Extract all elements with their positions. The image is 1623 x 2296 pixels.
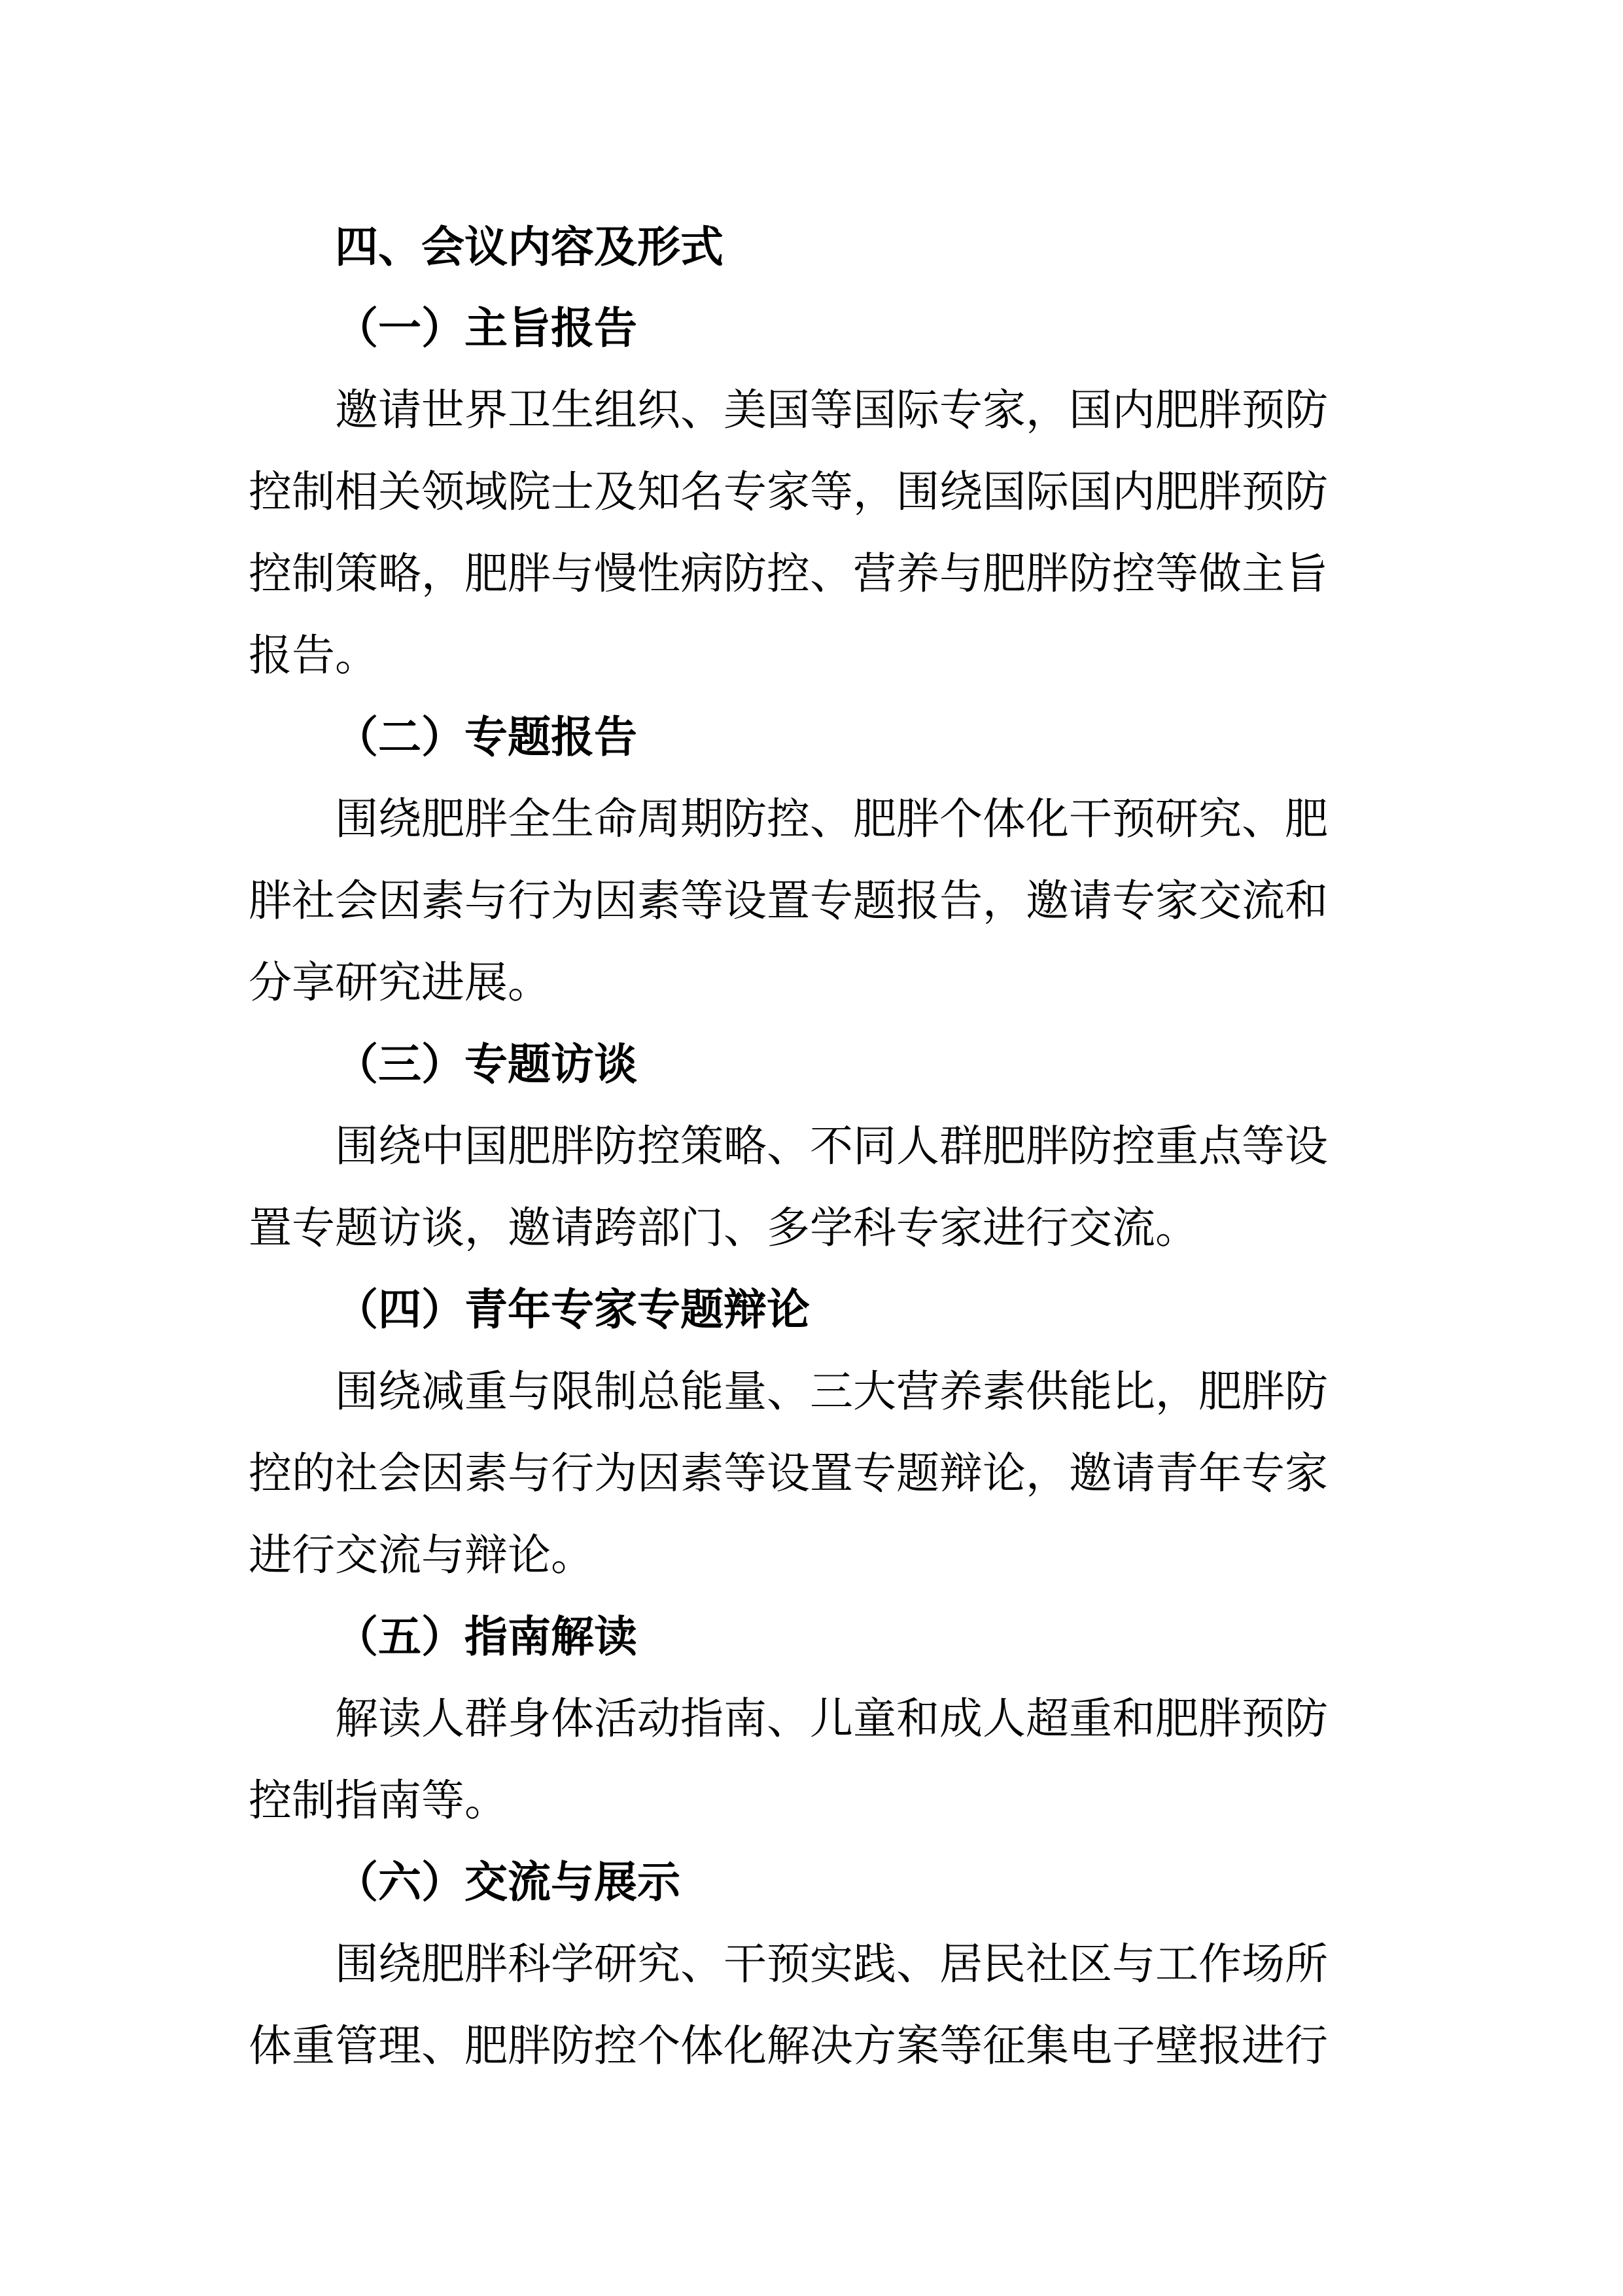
paragraph-line: 控制相关领域院士及知名专家等，围绕国际国内肥胖预防 (249, 451, 1335, 533)
paragraph-line: 体重管理、肥胖防控个体化解决方案等征集电子壁报进行 (249, 2005, 1335, 2087)
document-text-block: 四、会议内容及形式 （一）主旨报告 邀请世界卫生组织、美国等国际专家，国内肥胖预… (249, 206, 1335, 2087)
subsection-title-5: （五）指南解读 (249, 1597, 1335, 1678)
subsection-title-6: （六）交流与展示 (249, 1842, 1335, 1924)
subsection-title-3: （三）专题访谈 (249, 1024, 1335, 1106)
paragraph-line: 分享研究进展。 (249, 942, 1335, 1024)
subsection-title-2: （二）专题报告 (249, 697, 1335, 779)
paragraph-line: 控制策略，肥胖与慢性病防控、营养与肥胖防控等做主旨 (249, 533, 1335, 615)
paragraph-line: 围绕肥胖全生命周期防控、肥胖个体化干预研究、肥 (249, 779, 1335, 860)
document-page: 四、会议内容及形式 （一）主旨报告 邀请世界卫生组织、美国等国际专家，国内肥胖预… (0, 0, 1623, 2296)
paragraph-line: 解读人群身体活动指南、儿童和成人超重和肥胖预防 (249, 1678, 1335, 1760)
paragraph-line: 报告。 (249, 615, 1335, 697)
paragraph-line: 围绕减重与限制总能量、三大营养素供能比，肥胖防 (249, 1351, 1335, 1433)
paragraph-line: 进行交流与辩论。 (249, 1515, 1335, 1597)
paragraph-line: 控的社会因素与行为因素等设置专题辩论，邀请青年专家 (249, 1433, 1335, 1515)
paragraph-line: 围绕肥胖科学研究、干预实践、居民社区与工作场所 (249, 1924, 1335, 2005)
paragraph-line: 围绕中国肥胖防控策略、不同人群肥胖防控重点等设 (249, 1106, 1335, 1188)
section-heading: 四、会议内容及形式 (249, 206, 1335, 288)
subsection-title-1: （一）主旨报告 (249, 288, 1335, 370)
paragraph-line: 邀请世界卫生组织、美国等国际专家，国内肥胖预防 (249, 370, 1335, 451)
paragraph-line: 胖社会因素与行为因素等设置专题报告，邀请专家交流和 (249, 860, 1335, 942)
paragraph-line: 置专题访谈，邀请跨部门、多学科专家进行交流。 (249, 1188, 1335, 1269)
paragraph-line: 控制指南等。 (249, 1760, 1335, 1842)
subsection-title-4: （四）青年专家专题辩论 (249, 1269, 1335, 1351)
